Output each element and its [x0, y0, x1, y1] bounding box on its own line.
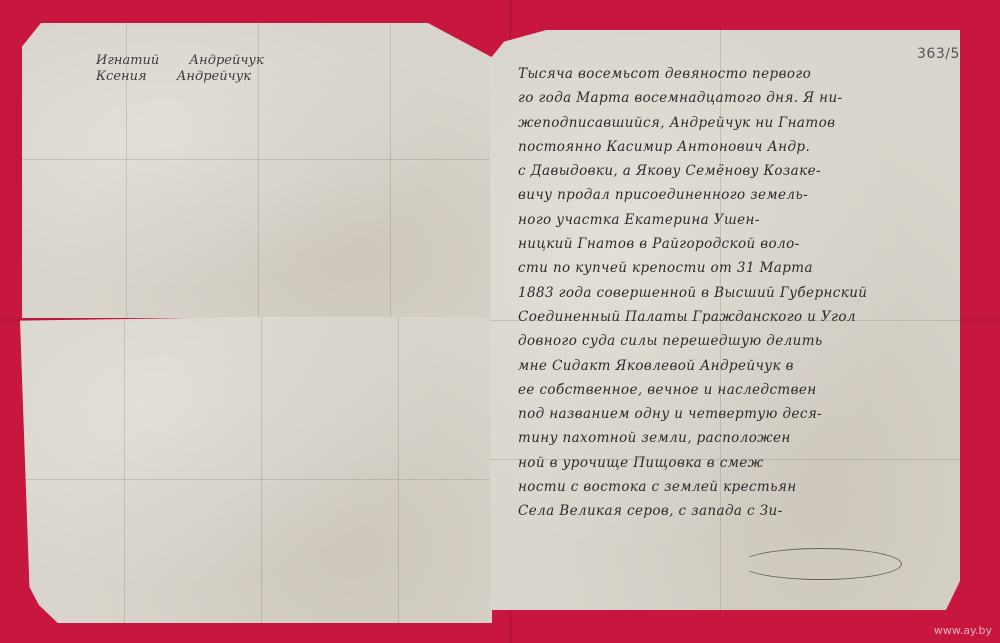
left-sheet-note: Игнатий Андрейчук Ксения Андрейчук: [96, 53, 376, 85]
text-line: 1883 года совершенной в Высший Губернски…: [518, 281, 948, 305]
note-line: Ксения Андрейчук: [96, 69, 376, 85]
text-line: ного участка Екатерина Ушен-: [518, 208, 948, 232]
signature-flourish: [740, 548, 902, 580]
text-line: с Давыдовки, а Якову Семёнову Козаке-: [518, 159, 948, 183]
watermark: www.ay.by: [934, 624, 992, 637]
text-line: ее собственное, вечное и наследствен: [518, 378, 948, 402]
note-line: Игнатий Андрейчук: [96, 53, 376, 69]
note-last-name: Андрейчук: [177, 69, 251, 85]
text-line: жеподписавшийся, Андрейчук ни Гнатов: [518, 111, 948, 135]
text-line: мне Сидакт Яковлевой Андрейчук в: [518, 354, 948, 378]
text-line: ницкий Гнатов в Райгородской воло-: [518, 232, 948, 256]
text-line: ности с востока с землей крестьян: [518, 475, 948, 499]
text-line: под названием одну и четвертую деся-: [518, 402, 948, 426]
archive-number: 363/5: [917, 46, 960, 62]
text-line: вичу продал присоединенного земель-: [518, 183, 948, 207]
note-first-name: Игнатий: [96, 53, 159, 69]
text-line: Соединенный Палаты Гражданского и Угол: [518, 305, 948, 329]
note-last-name: Андрейчук: [189, 53, 263, 69]
text-line: довного суда силы перешедшую делить: [518, 329, 948, 353]
text-line: Тысяча восемьсот девяносто первого: [518, 62, 948, 86]
note-first-name: Ксения: [96, 69, 147, 85]
text-line: сти по купчей крепости от 31 Марта: [518, 256, 948, 280]
handwritten-text: Тысяча восемьсот девяносто первого го го…: [518, 62, 948, 524]
text-line: ной в урочище Пищовка в смеж: [518, 451, 948, 475]
text-line: тину пахотной земли, расположен: [518, 426, 948, 450]
text-line: го года Марта восемнадцатого дня. Я ни-: [518, 86, 948, 110]
text-line: Села Великая серов, с запада с Зи-: [518, 499, 948, 523]
text-line: постоянно Касимир Антонович Андр.: [518, 135, 948, 159]
